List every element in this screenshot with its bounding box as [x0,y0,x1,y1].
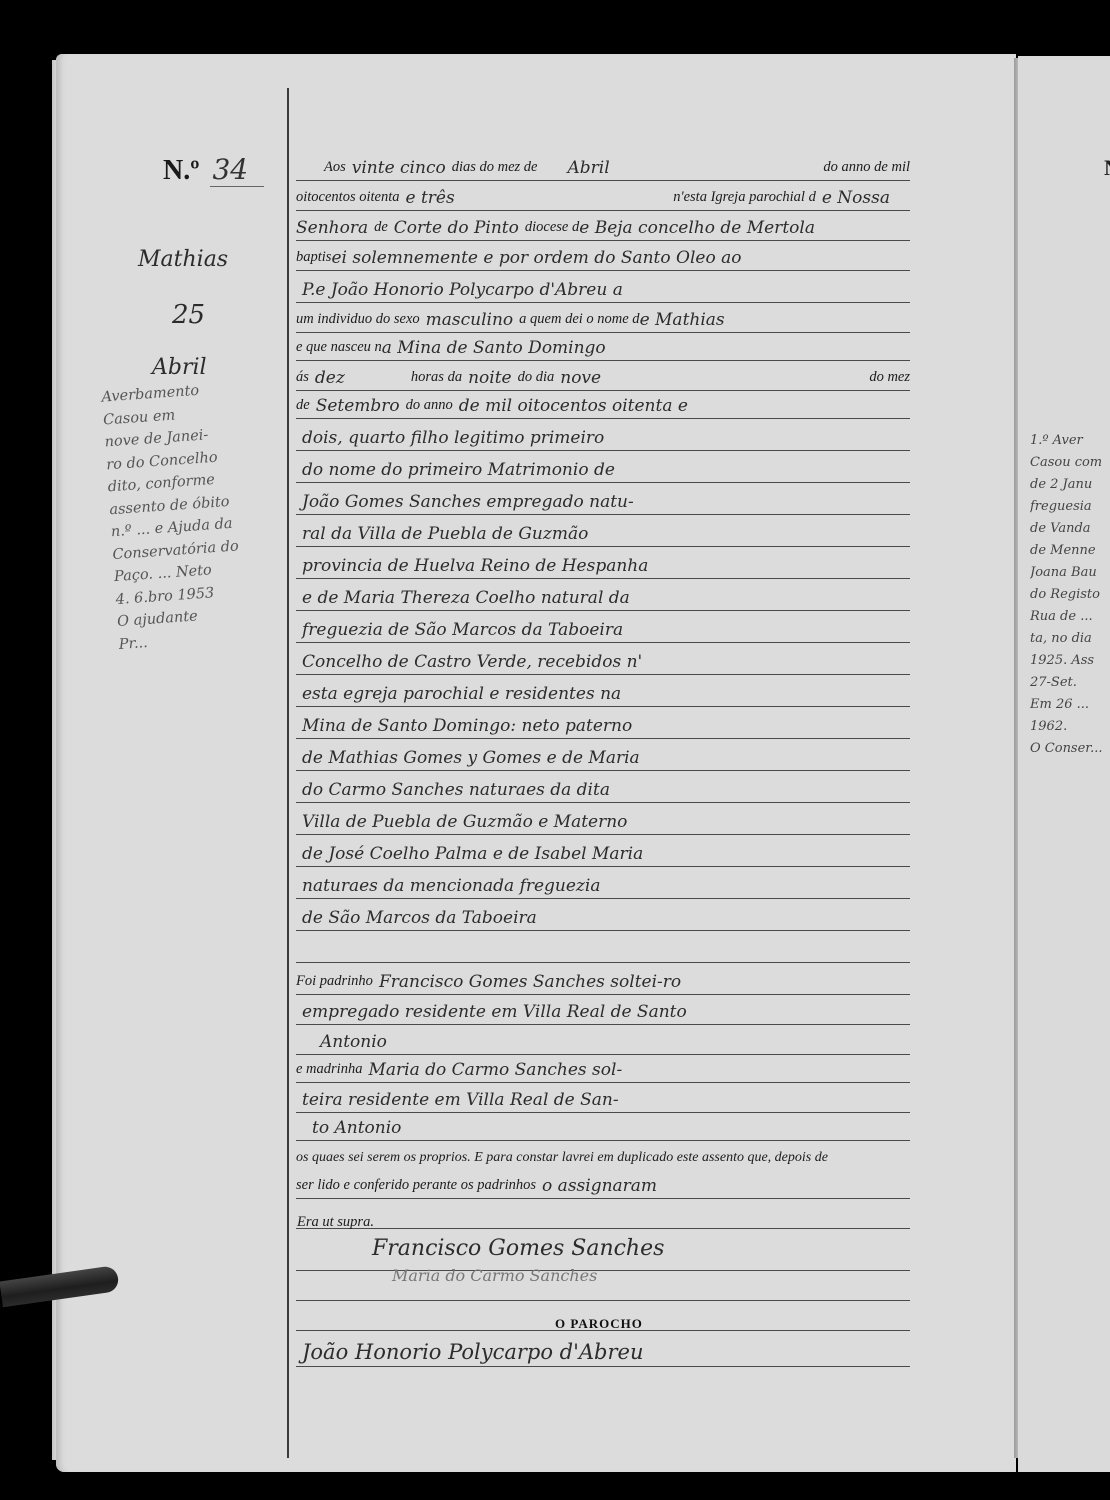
printed-text: n'esta Igreja parochial d [673,189,816,210]
margin-child-name: Mathias [138,247,228,272]
handwritten-text: de São Marcos da Taboeira [302,908,537,930]
printed-text: Aos [324,159,346,180]
printed-text: do anno de mil [823,159,910,180]
annotation-line: de 2 Janu [1030,474,1110,496]
handwritten-text: Mina de Santo Domingo: neto paterno [302,716,632,738]
form-line-sex-name: um individuo do sexo masculino a quem de… [296,302,910,333]
printed-text: de [296,397,310,418]
body-line: de Mathias Gomes y Gomes e de Maria [296,740,910,771]
era-ut-supra: Era ut supra. [297,1214,374,1231]
annotation-line: 1962. [1030,716,1110,738]
handwritten-godfather: Francisco Gomes Sanches soltei-ro [379,972,681,994]
form-line-birth-time: ás dez horas da noite do dia nove do mez [296,360,910,391]
facing-page-header-fragment: N [1104,155,1110,181]
printed-text: do dia [518,369,555,390]
handwritten-text: freguezia de São Marcos da Taboeira [302,620,623,642]
body-line: João Gomes Sanches empregado natu- [296,484,910,515]
godfather-line: Antonio [296,1024,910,1055]
printed-text: e que nasceu n [296,339,382,360]
body-line: Mina de Santo Domingo: neto paterno [296,708,910,739]
printed-text: do anno [406,397,453,418]
printed-text: ás [296,369,309,390]
body-line: naturaes da mencionada freguezia [296,868,910,899]
handwritten-text: do nome do primeiro Matrimonio de [302,460,615,482]
handwritten-text: João Gomes Sanches empregado natu- [302,492,634,514]
body-line: freguezia de São Marcos da Taboeira [296,612,910,643]
printed-text: oitocentos oitenta [296,189,400,210]
printed-text: ser lido e conferido perante os padrinho… [296,1177,536,1198]
handwritten-text: dois, quarto filho legitimo primeiro [302,428,604,450]
body-line: provincia de Huelva Reino de Hespanha [296,548,910,579]
form-line-baptism: baptis ei solemnemente e por ordem do Sa… [296,240,910,271]
godfather-label: Foi padrinho [296,973,373,994]
form-line-diocese: Senhora de Corte do Pinto diocese d e Be… [296,210,910,241]
form-line-birth-year: de Setembro do anno de mil oitocentos oi… [296,388,910,419]
record-number-value: 34 [210,153,264,187]
closing-line: os quaes sei serem os proprios. E para c… [296,1140,910,1170]
handwritten-year: e três [406,188,455,210]
parocho-signature: João Honorio Polycarpo d'Abreu [302,1340,644,1366]
handwritten-text: do Carmo Sanches naturaes da dita [302,780,610,802]
facing-page [1018,56,1110,1472]
printed-text: de [374,219,388,240]
handwritten-text: de Mathias Gomes y Gomes e de Maria [302,748,640,770]
handwritten-text: teira residente em Villa Real de San- [302,1090,619,1112]
handwritten-text: ei solemnemente e por ordem do Santo Ole… [331,248,741,270]
annotation-line: Em 26 ... [1030,694,1110,716]
annotation-line: freguesia [1030,496,1110,518]
godmother-line: teira residente em Villa Real de San- [296,1082,910,1113]
handwritten-name: e Mathias [640,310,725,332]
handwritten-text: Concelho de Castro Verde, recebidos n' [302,652,642,674]
body-line: do nome do primeiro Matrimonio de [296,452,910,483]
annotation-line: de Vanda [1030,518,1110,540]
margin-month: Abril [152,355,207,380]
printed-text: um individuo do sexo [296,311,420,332]
closing-line-signed: ser lido e conferido perante os padrinho… [296,1168,910,1199]
form-line-birthplace: e que nasceu n a Mina de Santo Domingo [296,330,910,361]
handwritten-text: provincia de Huelva Reino de Hespanha [302,556,648,578]
handwritten-parish: Corte do Pinto [394,218,519,240]
handwritten-period: noite [468,368,512,390]
handwritten-text: Villa de Puebla de Guzmão e Materno [302,812,627,834]
godmother-line: e madrinha Maria do Carmo Sanches sol- [296,1052,910,1083]
annotation-line: Joana Bau [1030,562,1110,584]
form-line-year-church: oitocentos oitenta e três n'esta Igreja … [296,180,910,211]
printed-text: a quem dei o nome d [519,311,639,332]
annotation-line: Casou com [1030,452,1110,474]
body-line: dois, quarto filho legitimo primeiro [296,420,910,451]
annotation-line: do Registo [1030,584,1110,606]
handwritten-text: naturaes da mencionada freguezia [302,876,600,898]
godmother-line: to Antonio [296,1110,910,1141]
body-line: Villa de Puebla de Guzmão e Materno [296,804,910,835]
body-line: de São Marcos da Taboeira [296,900,910,931]
printed-text: diocese d [525,219,579,240]
handwritten-birth-day: nove [560,368,601,390]
printed-text: do mez [869,369,910,390]
handwritten-text: empregado residente em Villa Real de San… [302,1002,687,1024]
handwritten-godmother: Maria do Carmo Sanches sol- [368,1060,622,1082]
handwritten-text: de José Coelho Palma e de Isabel Maria [302,844,643,866]
record-number: N.º 34 [163,153,264,187]
handwritten-text: ral da Villa de Puebla de Guzmão [302,524,588,546]
godfather-line: Foi padrinho Francisco Gomes Sanches sol… [296,964,910,995]
godfather-line: empregado residente em Villa Real de San… [296,994,910,1025]
handwritten-birth-month: Setembro [316,396,400,418]
record-number-label: N.º [163,155,199,186]
handwritten-month: Abril [568,158,610,180]
handwritten-diocese: e Beja concelho de Mertola [579,218,815,240]
printed-text: baptis [296,249,331,270]
handwritten-text: esta egreja parochial e residentes na [302,684,621,706]
facing-page-annotation: 1.º Aver Casou com de 2 Janu freguesia d… [1030,430,1110,760]
body-line: esta egreja parochial e residentes na [296,676,910,707]
body-line [296,932,910,963]
handwritten-birthplace: a Mina de Santo Domingo [382,338,606,360]
handwritten-church: e Nossa [822,188,890,210]
handwritten-birth-year: de mil oitocentos oitenta e [459,396,688,418]
annotation-line: O Conser... [1030,738,1110,760]
margin-rule [287,88,289,1458]
form-line-priest: P.e João Honorio Polycarpo d'Abreu a [296,272,910,303]
handwritten-sex: masculino [426,310,514,332]
body-line: Concelho de Castro Verde, recebidos n' [296,644,910,675]
handwritten-text: Senhora [296,218,368,240]
parocho-signature-line: João Honorio Polycarpo d'Abreu [296,1336,910,1367]
annotation-line: ta, no dia [1030,628,1110,650]
handwritten-text: o assignaram [542,1176,657,1198]
annotation-line: 1925. Ass [1030,650,1110,672]
annotation-line: Rua de ... [1030,606,1110,628]
handwritten-text: Antonio [320,1032,387,1054]
blank-line [296,1198,910,1229]
margin-annotation: Averbamento Casou em nove de Janei- ro d… [101,374,299,656]
godfather-signature: Francisco Gomes Sanches [372,1236,664,1261]
handwritten-hour: dez [315,368,405,390]
handwritten-text: e de Maria Thereza Coelho natural da [302,588,630,610]
printed-text: horas da [411,369,462,390]
body-line: de José Coelho Palma e de Isabel Maria [296,836,910,867]
signature-line [296,1270,910,1301]
annotation-line: de Menne [1030,540,1110,562]
printed-text: os quaes sei serem os proprios. E para c… [296,1150,828,1170]
printed-text: dias do mez de [452,159,538,180]
annotation-line: 27-Set. [1030,672,1110,694]
body-line: ral da Villa de Puebla de Guzmão [296,516,910,547]
parocho-label: O PAROCHO [555,1316,643,1332]
godmother-label: e madrinha [296,1061,362,1082]
handwritten-day: vinte cinco [352,158,446,180]
body-line: do Carmo Sanches naturaes da dita [296,772,910,803]
form-line-date: Aos vinte cinco dias do mez de Abril do … [296,150,910,181]
annotation-line: 1.º Aver [1030,430,1110,452]
margin-day: 25 [172,300,205,330]
handwritten-priest: P.e João Honorio Polycarpo d'Abreu a [302,280,623,302]
handwritten-text: to Antonio [312,1118,401,1140]
body-line: e de Maria Thereza Coelho natural da [296,580,910,611]
